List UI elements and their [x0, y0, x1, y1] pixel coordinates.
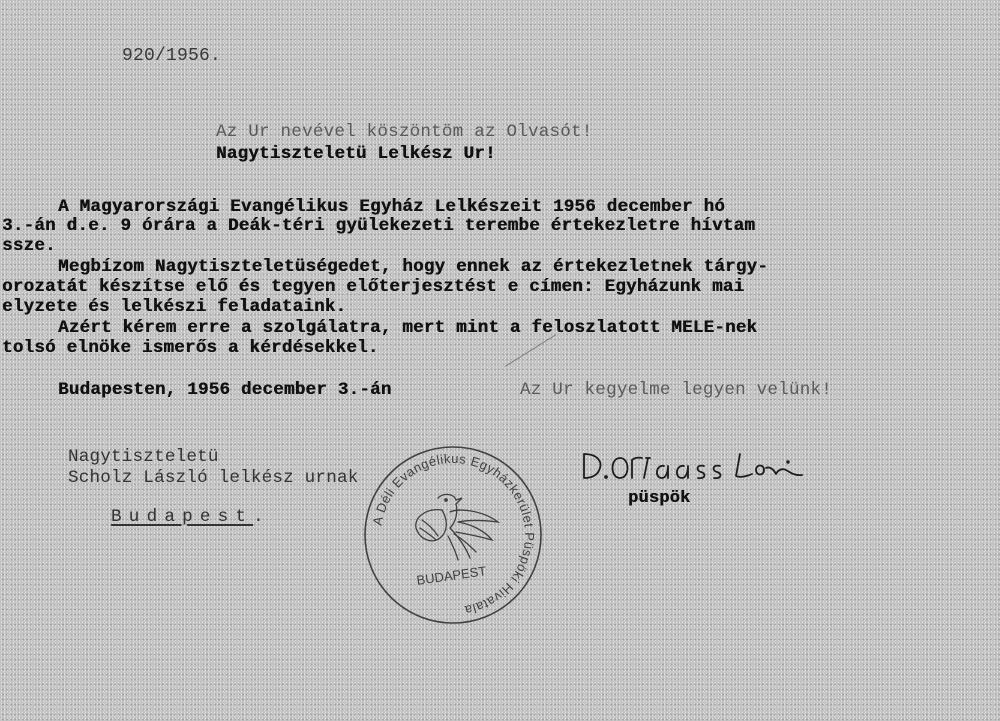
stamp-ring-text: A Déli Evangélikus Egyházkerület Püspöki…: [370, 451, 537, 618]
body-line: 3.-án d.e. 9 órára a Deák-téri gyülekeze…: [2, 218, 755, 236]
place-date: Budapesten, 1956 december 3.-án: [58, 382, 392, 400]
recipient-name: Scholz László lelkész urnak: [68, 470, 358, 488]
pen-stroke: [505, 334, 556, 367]
svg-text:A Déli Evangélikus Egyházkerül: A Déli Evangélikus Egyházkerület Püspöki…: [370, 451, 537, 618]
dove-icon: [416, 494, 498, 560]
recipient-city: Budapest.: [68, 491, 264, 544]
signature-handwritten: [580, 448, 820, 484]
closing-blessing: Az Ur kegyelme legyen velünk!: [520, 382, 832, 400]
body-line: orozatát készítse elő és tegyen előterje…: [2, 279, 744, 297]
reference-number: 920/1956.: [122, 47, 221, 65]
recipient-city-period: .: [253, 507, 264, 527]
signature-title: püspök: [628, 490, 690, 507]
recipient-honorific: Nagytiszteletü: [68, 449, 219, 467]
recipient-city-name: Budapest: [111, 507, 253, 527]
greeting: Az Ur nevével köszöntöm az Olvasót!: [216, 124, 593, 142]
body-line: elyzete és lelkészi feladataink.: [2, 299, 346, 317]
official-stamp: A Déli Evangélikus Egyházkerület Püspöki…: [358, 440, 548, 630]
body-line: ssze.: [2, 238, 56, 256]
body-line: tolsó elnöke ismerős a kérdésekkel.: [2, 340, 379, 358]
body-line: Azért kérem erre a szolgálatra, mert min…: [58, 320, 757, 338]
body-line: A Magyarországi Evangélikus Egyház Lelké…: [58, 199, 725, 217]
body-line: Megbízom Nagytiszteletüségedet, hogy enn…: [58, 259, 768, 277]
stamp-center-text: BUDAPEST: [416, 563, 488, 588]
salutation: Nagytiszteletü Lelkész Ur!: [216, 146, 496, 164]
